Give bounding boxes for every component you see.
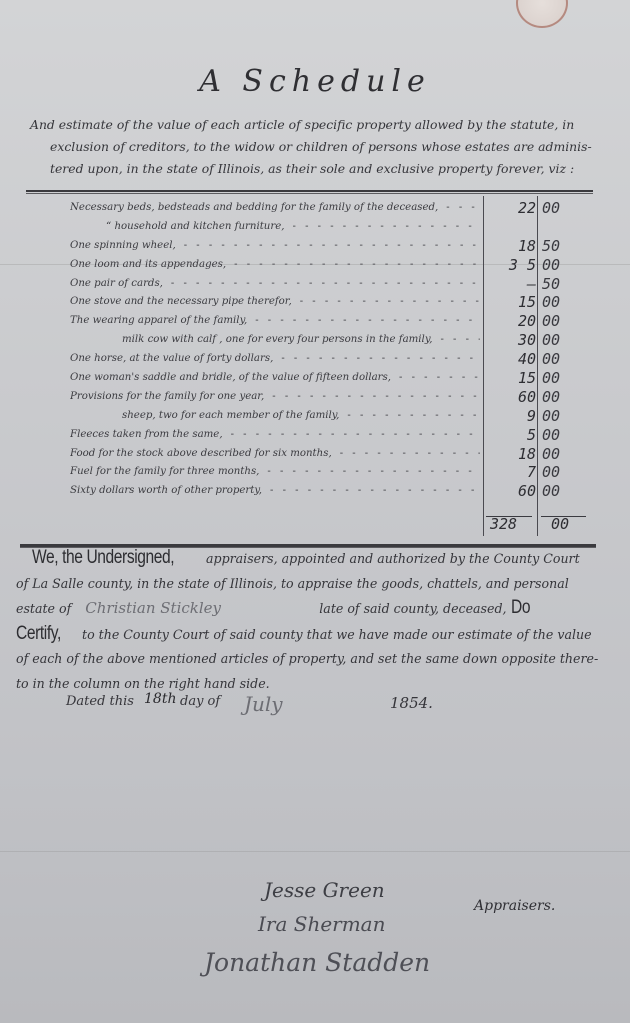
- amount-row: 1500: [484, 292, 594, 311]
- schedule-item: Fuel for the family for three months,- -…: [70, 462, 480, 481]
- deceased-name-handwritten: Christian Stickley: [75, 596, 315, 621]
- signature-appraiser-2: Ira Sherman: [258, 912, 386, 936]
- intro-paragraph: And estimate of the value of each articl…: [30, 114, 608, 180]
- month-handwritten: July: [244, 692, 283, 716]
- document-title: A Schedule: [0, 64, 630, 99]
- schedule-item-list: Necessary beds, bedsteads and bedding fo…: [70, 198, 480, 500]
- amount-row: 500: [484, 425, 594, 444]
- certify-word: Certify,: [16, 622, 67, 647]
- do-word: Do: [511, 596, 530, 621]
- schedule-item: milk cow with calf , one for every four …: [70, 330, 480, 349]
- certification-paragraph: We, the Undersigned, appraisers, appoint…: [16, 546, 610, 696]
- day-handwritten: 18th: [144, 691, 176, 707]
- intro-line: And estimate of the value of each articl…: [30, 114, 608, 136]
- amount-row: 900: [484, 406, 594, 425]
- amount-row: 6000: [484, 481, 594, 500]
- intro-line: tered upon, in the state of Illinois, as…: [30, 158, 608, 180]
- total-dollars: 328: [490, 515, 517, 533]
- amount-row: 3000: [484, 330, 594, 349]
- amount-row: 3 500: [484, 255, 594, 274]
- paper-fold-line: [0, 851, 630, 852]
- amount-row: 2200: [484, 198, 594, 217]
- header-rule: [26, 190, 593, 194]
- schedule-item: One horse, at the value of forty dollars…: [70, 349, 480, 368]
- schedule-item: One spinning wheel,- - - - - - - - - - -…: [70, 236, 480, 255]
- schedule-item: The wearing apparel of the family,- - - …: [70, 311, 480, 330]
- schedule-item: Sixty dollars worth of other property,- …: [70, 481, 480, 500]
- schedule-item: One pair of cards,- - - - - - - - - - - …: [70, 274, 480, 293]
- wax-seal-mark: [516, 0, 568, 28]
- amount-row: [484, 217, 594, 236]
- schedule-item: “ household and kitchen furniture,- - - …: [70, 217, 480, 236]
- amount-row: 1800: [484, 444, 594, 463]
- amount-row: 700: [484, 462, 594, 481]
- schedule-item: Fleeces taken from the same,- - - - - - …: [70, 425, 480, 444]
- total-cents: 00: [551, 515, 569, 533]
- amount-row: 1850: [484, 236, 594, 255]
- schedule-item: One stove and the necessary pipe therefo…: [70, 292, 480, 311]
- signature-appraiser-1: Jesse Green: [264, 878, 385, 902]
- schedule-item: Necessary beds, bedsteads and bedding fo…: [70, 198, 480, 217]
- schedule-item: Food for the stock above described for s…: [70, 444, 480, 463]
- amount-row: 1500: [484, 368, 594, 387]
- signature-appraiser-3: Jonathan Stadden: [204, 948, 430, 977]
- schedule-item: One loom and its appendages,- - - - - - …: [70, 255, 480, 274]
- document-page: A Schedule And estimate of the value of …: [0, 0, 630, 1023]
- amount-row: 6000: [484, 387, 594, 406]
- lead-heading: We, the Undersigned,: [32, 546, 171, 571]
- intro-line: exclusion of creditors, to the widow or …: [30, 136, 608, 158]
- amount-row: 2000: [484, 311, 594, 330]
- schedule-item: One woman's saddle and bridle, of the va…: [70, 368, 480, 387]
- amount-row: 4000: [484, 349, 594, 368]
- year: 1854.: [390, 694, 433, 712]
- amount-row: –50: [484, 274, 594, 293]
- schedule-item: sheep, two for each member of the family…: [70, 406, 480, 425]
- schedule-item: Provisions for the family for one year,-…: [70, 387, 480, 406]
- appraisers-label: Appraisers.: [474, 898, 555, 914]
- amount-column: 2200 1850 3 500 –50 1500 2000 3000 4000 …: [484, 198, 594, 500]
